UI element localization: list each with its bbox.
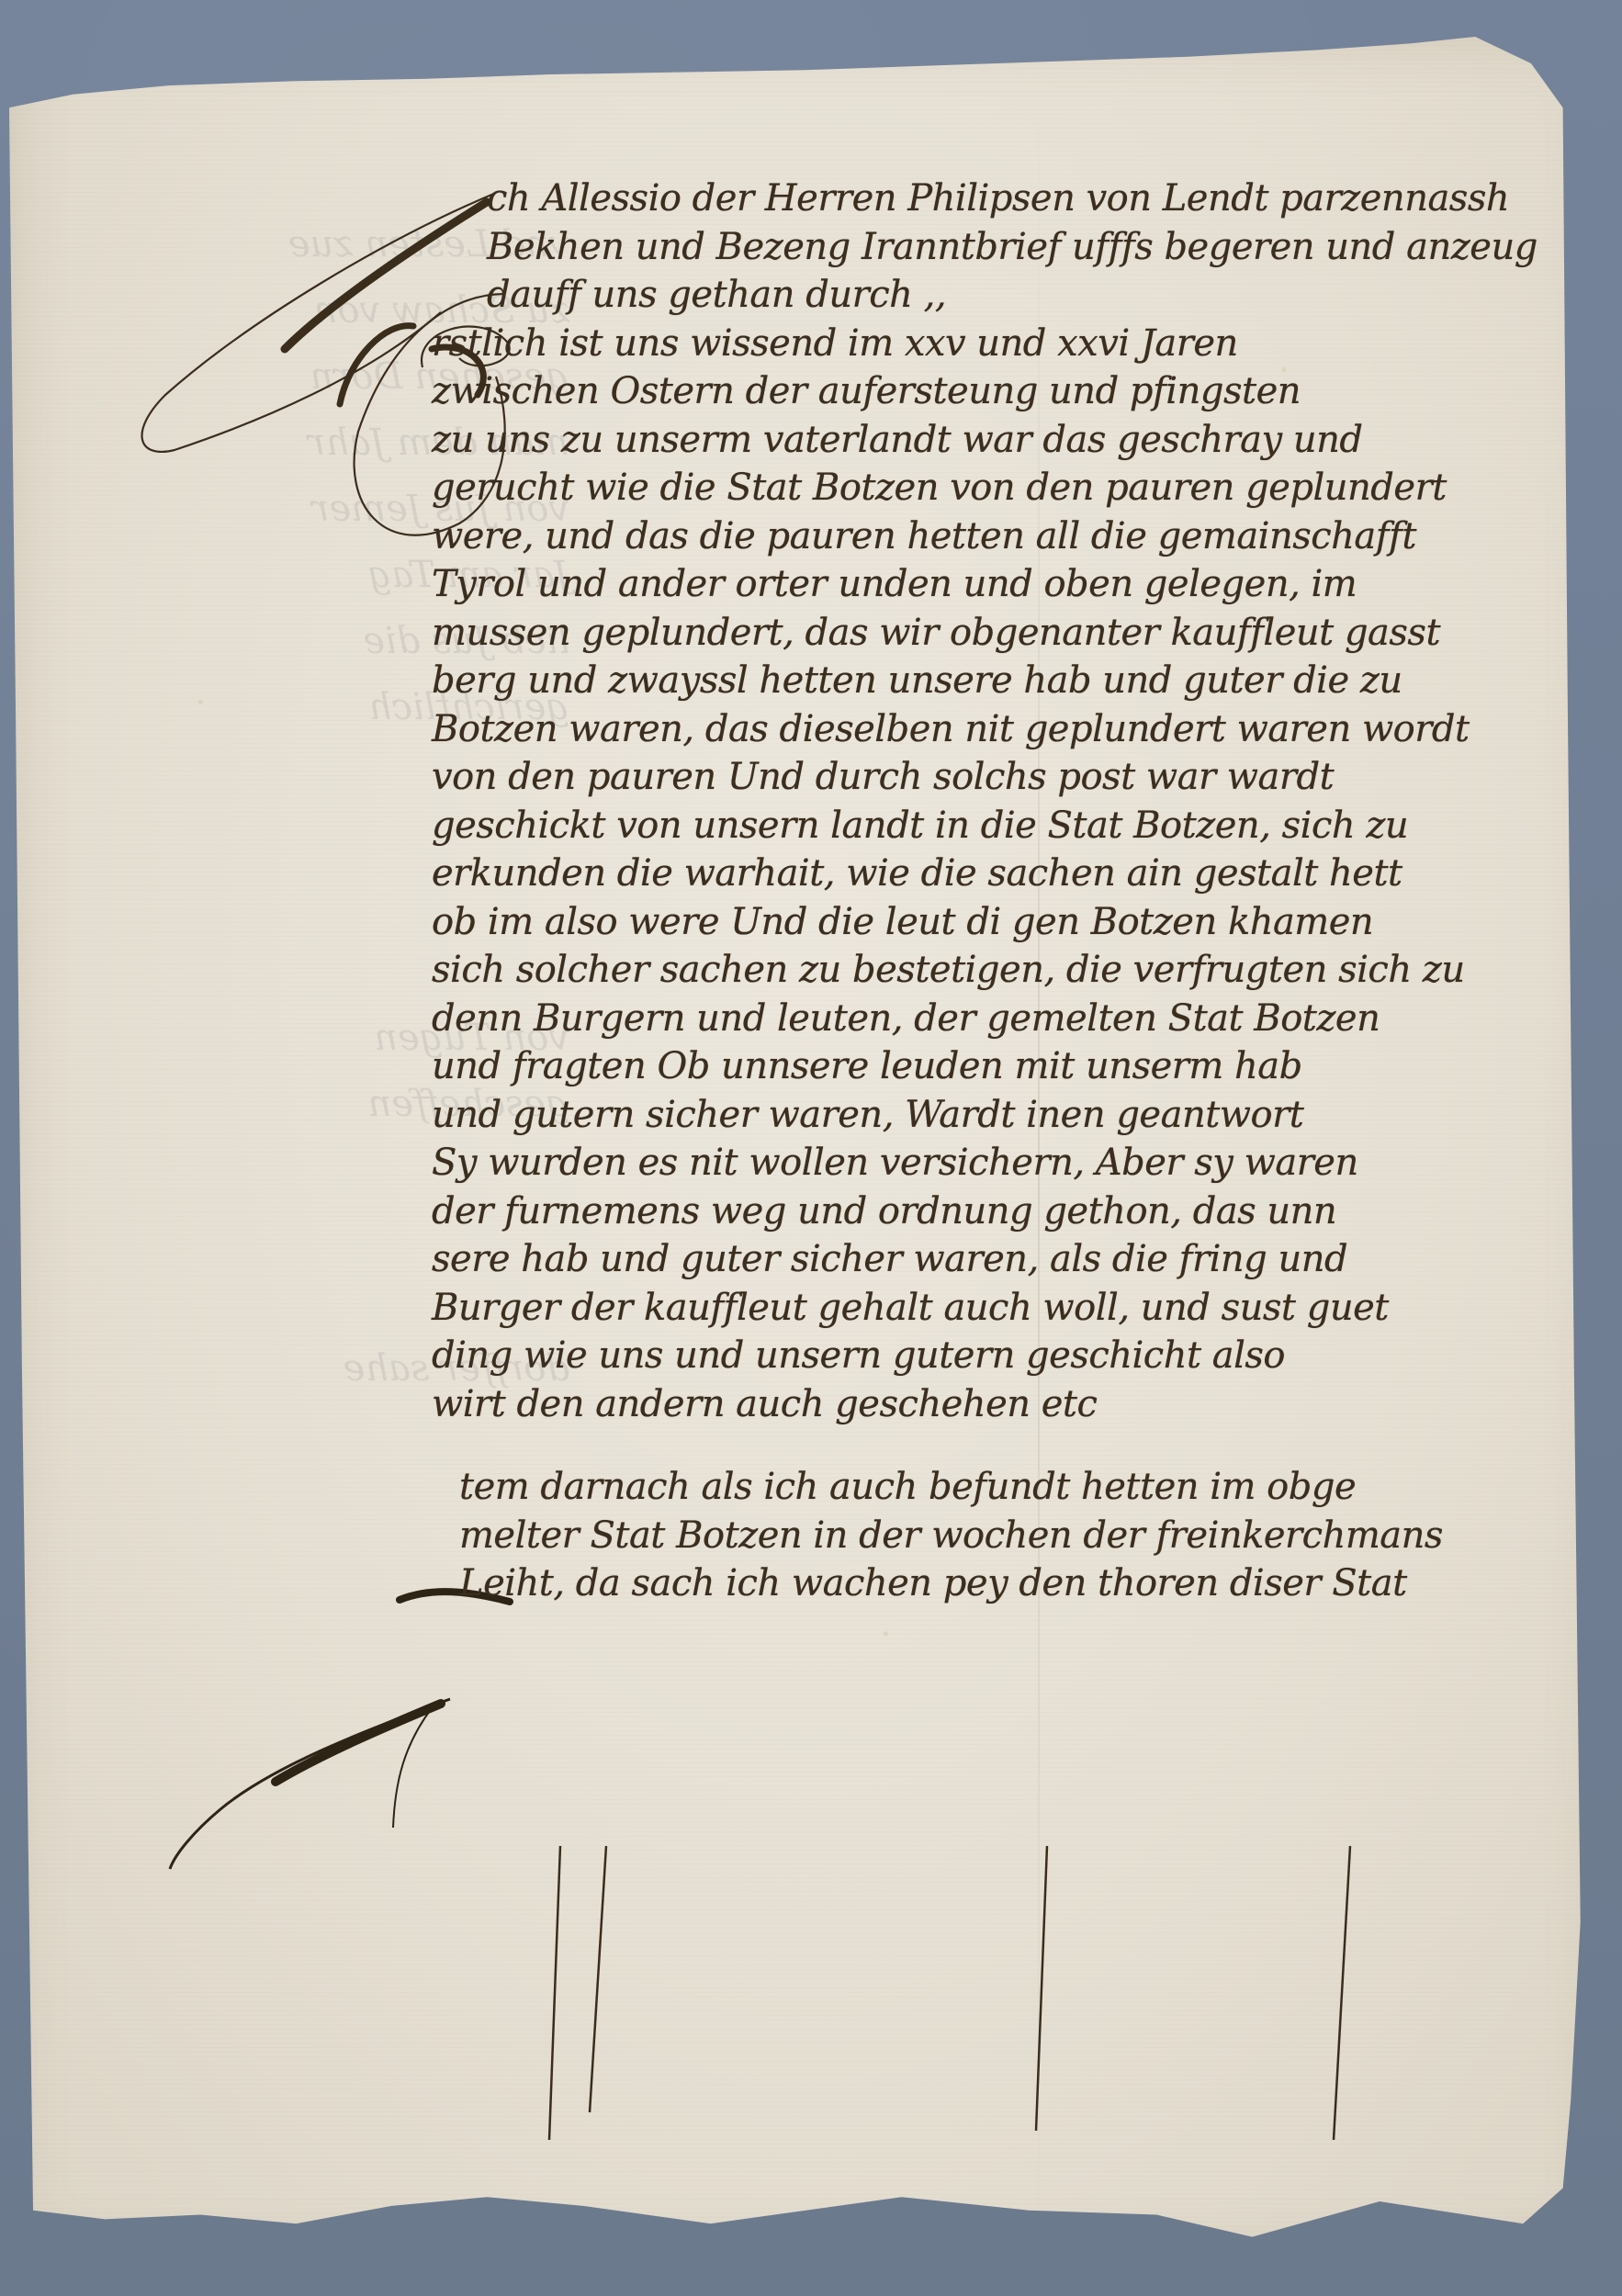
text-line: und gutern sicher waren, Wardt inen gean…	[432, 1091, 1571, 1140]
text-line: ob im also were Und die leut di gen Botz…	[432, 898, 1571, 947]
paragraph-gap	[487, 1428, 1571, 1463]
text-line: melter Stat Botzen in der wochen der fre…	[459, 1512, 1571, 1560]
manuscript-text: ch Allessio der Herren Philipsen von Len…	[487, 174, 1571, 1608]
text-line: erkunden die warhait, wie die sachen ain…	[432, 850, 1571, 898]
text-line: wirt den andern auch geschehen etc	[432, 1380, 1571, 1429]
text-line: Tyrol und ander orter unden und oben gel…	[432, 560, 1571, 609]
text-line: mussen geplundert, das wir obgenanter ka…	[432, 609, 1571, 658]
text-line: der furnemens weg und ordnung gethon, da…	[432, 1187, 1571, 1236]
text-line: und fragten Ob unnsere leuden mit unserm…	[432, 1042, 1571, 1091]
paragraph: ch Allessio der Herren Philipsen von Len…	[487, 174, 1571, 320]
text-line: zu uns zu unserm vaterlandt war das gesc…	[432, 416, 1571, 465]
text-line: Burger der kauffleut gehalt auch woll, u…	[432, 1284, 1571, 1333]
text-line: von den pauren Und durch solchs post war…	[432, 753, 1571, 802]
text-line: sich solcher sachen zu bestetigen, die v…	[432, 946, 1571, 995]
text-line: Botzen waren, das dieselben nit geplunde…	[432, 705, 1571, 754]
text-line: gerucht wie die Stat Botzen von den paur…	[432, 464, 1571, 512]
text-line: were, und das die pauren hetten all die …	[432, 512, 1571, 561]
text-line: Sy wurden es nit wollen versichern, Aber…	[432, 1139, 1571, 1187]
text-line: tem darnach als ich auch befundt hetten …	[459, 1463, 1571, 1512]
paragraph: tem darnach als ich auch befundt hetten …	[459, 1463, 1571, 1608]
text-line: denn Burgern und leuten, der gemelten St…	[432, 995, 1571, 1043]
text-line: ch Allessio der Herren Philipsen von Len…	[487, 174, 1571, 223]
text-line: Bekhen und Bezeng Iranntbrief ufffs bege…	[487, 223, 1571, 272]
text-line: zwischen Ostern der aufersteung und pfin…	[432, 367, 1571, 416]
text-line: Leiht, da sach ich wachen pey den thoren…	[459, 1559, 1571, 1608]
text-line: sere hab und guter sicher waren, als die…	[432, 1235, 1571, 1284]
paragraph: rstlich ist uns wissend im xxv und xxvi …	[432, 320, 1571, 1429]
text-line: berg und zwayssl hetten unsere hab und g…	[432, 657, 1571, 705]
text-line: dauff uns gethan durch ,,	[487, 271, 1571, 320]
text-line: rstlich ist uns wissend im xxv und xxvi …	[432, 320, 1571, 368]
text-line: ding wie uns und unsern gutern geschicht…	[432, 1332, 1571, 1380]
text-line: geschickt von unsern landt in die Stat B…	[432, 802, 1571, 850]
